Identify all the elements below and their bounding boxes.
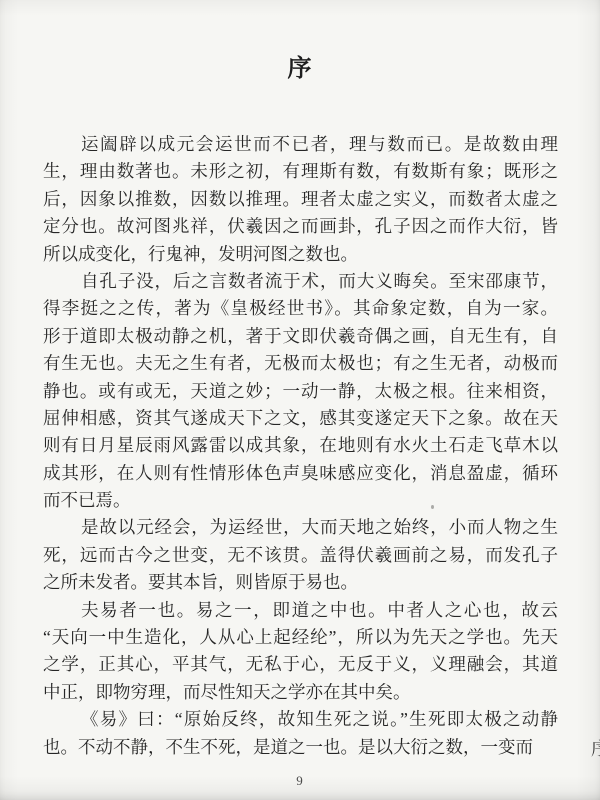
text-line: 屈伸相感，资其气遂成天下之文，感其变遂定天下之象。故在天: [43, 405, 558, 432]
text-line: 而不已焉。: [43, 487, 558, 514]
text-line: 则有日月星辰雨风露雷以成其象，在地则有水火土石走飞草木以: [43, 432, 558, 459]
page-title: 序: [0, 48, 600, 83]
text-line: 后，因象以推数，因数以推理。理者太虚之实义，而数者太虚之: [43, 186, 558, 213]
book-page: 序 运阖辟以成元会运世而不已者，理与数而已。是故数由理 生，理由数著也。未形之初…: [0, 0, 600, 800]
text-line: 静也。或有或无，天道之妙；一动一静，太极之根。往来相资，: [43, 378, 558, 405]
scan-noise-speck: [431, 505, 434, 509]
text-line: 定分也。故河图兆祥，伏羲因之而画卦，孔子因之而作大衍，皆: [43, 213, 558, 240]
text-line: 之所未发者。要其本旨，则皆原于易也。: [43, 569, 558, 596]
text-line: 死，远而古今之世变，无不该贯。盖得伏羲画前之易，而发孔子: [43, 542, 558, 569]
text-line: “天向一中生造化，人从心上起经纶”，所以为先天之学也。先天: [43, 624, 558, 651]
text-line: 运阖辟以成元会运世而不已者，理与数而已。是故数由理: [43, 131, 558, 158]
text-line: 得李挺之之传，著为《皇极经世书》。其命象定数，自为一家。: [43, 295, 558, 322]
text-line: 是故以元经会，为运经世，大而天地之始终，小而人物之生: [43, 514, 558, 541]
text-line: 所以成变化，行鬼神，发明河图之数也。: [43, 241, 558, 268]
text-line: 形于道即太极动静之机，著于文即伏羲奇偶之画，自无生有，自: [43, 323, 558, 350]
page-number: 9: [0, 773, 600, 789]
text-line: 《易》曰：“原始反终，故知生死之说。”生死即太极之动静: [43, 706, 558, 733]
text-line: 之学，正其心，平其气，无私于心，无反于义，义理融会，其道: [43, 651, 558, 678]
text-line: 自孔子没，后之言数者流于术，而大义晦矣。至宋邵康节，: [43, 268, 558, 295]
text-line: 成其形，在人则有性情形体色声臭味感应变化，消息盈虚，循环: [43, 460, 558, 487]
scan-edge-artifact: 序: [591, 737, 600, 761]
text-line: 生，理由数著也。未形之初，有理斯有数，有数斯有象；既形之: [43, 158, 558, 185]
body-text: 运阖辟以成元会运世而不已者，理与数而已。是故数由理 生，理由数著也。未形之初，有…: [43, 131, 558, 761]
text-line: 夫易者一也。易之一，即道之中也。中者人之心也，故云: [43, 597, 558, 624]
text-line: 中正，即物穷理，而尽性知天之学亦在其中矣。: [43, 679, 558, 706]
text-line: 有生无也。夫无之生有者，无极而太极也；有之生无者，动极而: [43, 350, 558, 377]
text-line: 也。不动不静，不生不死，是道之一也。是以大衍之数，一变而: [43, 734, 558, 761]
